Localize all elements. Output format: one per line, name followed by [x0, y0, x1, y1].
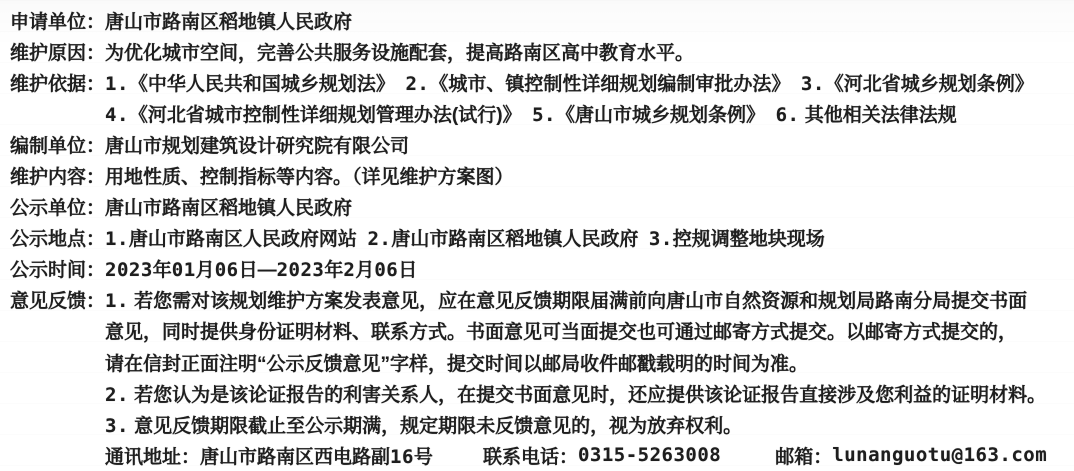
contact-email-value: lunanguotu@163.com	[832, 444, 1047, 466]
contact-address-label: 通讯地址：	[105, 442, 200, 469]
contact-email-label: 邮箱：	[775, 442, 832, 469]
row-publicity-time: 公示时间： 2023年01月06日—2023年2月06日	[10, 253, 1074, 284]
maintenance-reason-label: 维护原因：	[10, 38, 105, 65]
applicant-unit-label: 申请单位：	[10, 7, 105, 34]
feedback-value-line-4: 2. 若您认为是该论证报告的利害关系人，在提交书面意见时，还应提供该论证报告直接…	[105, 380, 1046, 407]
row-maintenance-content: 维护内容： 用地性质、控制指标等内容。（详见维护方案图）	[10, 160, 1074, 191]
publicity-location-value: 1.唐山市路南区人民政府网站 2.唐山市路南区稻地镇人民政府 3.控规调整地块现…	[105, 224, 825, 251]
row-publicity-location: 公示地点： 1.唐山市路南区人民政府网站 2.唐山市路南区稻地镇人民政府 3.控…	[10, 222, 1074, 253]
feedback-label: 意见反馈：	[10, 286, 105, 313]
row-compiling-unit: 编制单位： 唐山市规划建筑设计研究院有限公司	[10, 129, 1074, 160]
row-maintenance-basis-continued: 4.《河北省城市控制性详细规划管理办法(试行)》 5.《唐山市城乡规划条例》 6…	[10, 98, 1074, 129]
row-feedback-continued-2: 请在信封正面注明“公示反馈意见”字样，提交时间以邮局收件邮戳载明的时间为准。	[10, 347, 1074, 378]
row-applicant-unit: 申请单位： 唐山市路南区稻地镇人民政府	[10, 5, 1074, 36]
publicity-time-value: 2023年01月06日—2023年2月06日	[105, 255, 417, 282]
maintenance-content-label: 维护内容：	[10, 162, 105, 189]
publicity-location-label: 公示地点：	[10, 224, 105, 251]
publicity-time-label: 公示时间：	[10, 255, 105, 282]
contact-address-value: 唐山市路南区西电路副16号	[200, 442, 433, 469]
public-notice-document: 申请单位： 唐山市路南区稻地镇人民政府 维护原因： 为优化城市空间，完善公共服务…	[0, 0, 1074, 471]
row-maintenance-reason: 维护原因： 为优化城市空间，完善公共服务设施配套，提高路南区高中教育水平。	[10, 36, 1074, 67]
contact-phone-value: 0315-5263008	[578, 444, 721, 466]
row-feedback-continued-3: 2. 若您认为是该论证报告的利害关系人，在提交书面意见时，还应提供该论证报告直接…	[10, 378, 1074, 409]
publicity-unit-value: 唐山市路南区稻地镇人民政府	[105, 193, 352, 220]
maintenance-basis-value: 1.《中华人民共和国城乡规划法》 2.《城市、镇控制性详细规划编制审批办法》 3…	[105, 69, 1034, 96]
feedback-value-line-1: 1. 若您需对该规划维护方案发表意见，应在意见反馈期限届满前向唐山市自然资源和规…	[105, 286, 1027, 313]
publicity-unit-label: 公示单位：	[10, 193, 105, 220]
feedback-value-line-2: 意见，同时提供身份证明材料、联系方式。书面意见可当面提交也可通过邮寄方式提交。以…	[105, 317, 1017, 344]
row-feedback-continued-1: 意见，同时提供身份证明材料、联系方式。书面意见可当面提交也可通过邮寄方式提交。以…	[10, 315, 1074, 346]
contact-phone-label: 联系电话：	[483, 442, 578, 469]
row-maintenance-basis: 维护依据： 1.《中华人民共和国城乡规划法》 2.《城市、镇控制性详细规划编制审…	[10, 67, 1074, 98]
row-publicity-unit: 公示单位： 唐山市路南区稻地镇人民政府	[10, 191, 1074, 222]
feedback-value-line-3: 请在信封正面注明“公示反馈意见”字样，提交时间以邮局收件邮戳载明的时间为准。	[105, 349, 808, 376]
row-feedback: 意见反馈： 1. 若您需对该规划维护方案发表意见，应在意见反馈期限届满前向唐山市…	[10, 284, 1074, 315]
row-feedback-continued-4: 3. 意见反馈期限截止至公示期满，规定期限未反馈意见的，视为放弃权利。	[10, 409, 1074, 440]
maintenance-reason-value: 为优化城市空间，完善公共服务设施配套，提高路南区高中教育水平。	[105, 38, 694, 65]
applicant-unit-value: 唐山市路南区稻地镇人民政府	[105, 7, 352, 34]
maintenance-basis-label: 维护依据：	[10, 69, 105, 96]
maintenance-content-value: 用地性质、控制指标等内容。（详见维护方案图）	[105, 162, 514, 189]
compiling-unit-label: 编制单位：	[10, 131, 105, 158]
feedback-value-line-5: 3. 意见反馈期限截止至公示期满，规定期限未反馈意见的，视为放弃权利。	[105, 411, 742, 438]
row-contact-info: 通讯地址： 唐山市路南区西电路副16号 联系电话： 0315-5263008 邮…	[10, 440, 1074, 471]
maintenance-basis-value-continued: 4.《河北省城市控制性详细规划管理办法(试行)》 5.《唐山市城乡规划条例》 6…	[105, 100, 957, 127]
compiling-unit-value: 唐山市规划建筑设计研究院有限公司	[105, 131, 409, 158]
